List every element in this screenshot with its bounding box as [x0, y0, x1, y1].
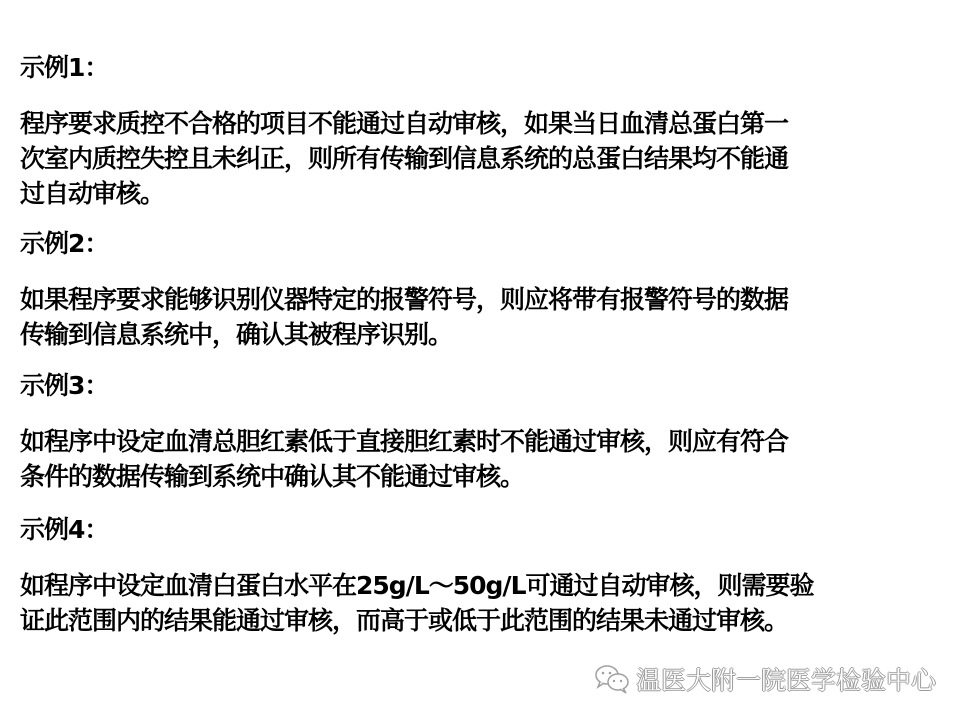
- example-1-heading: 示例1：: [20, 52, 108, 84]
- example-1-body: 程序要求质控不合格的项目不能通过自动审核，如果当日血清总蛋白第一 次室内质控失控…: [20, 106, 920, 211]
- wechat-icon: [594, 663, 630, 695]
- example-3-body: 如程序中设定血清总胆红素低于直接胆红素时不能通过审核，则应有符合 条件的数据传输…: [20, 424, 920, 494]
- example-1-line-1: 程序要求质控不合格的项目不能通过自动审核，如果当日血清总蛋白第一: [20, 106, 920, 141]
- watermark: 温医大附一院医学检验中心: [594, 661, 936, 697]
- document-page: 示例1： 程序要求质控不合格的项目不能通过自动审核，如果当日血清总蛋白第一 次室…: [0, 0, 960, 720]
- example-2-line-1: 如果程序要求能够识别仪器特定的报警符号，则应将带有报警符号的数据: [20, 282, 920, 317]
- example-1-line-2: 次室内质控失控且未纠正，则所有传输到信息系统的总蛋白结果均不能通: [20, 141, 920, 176]
- example-2-heading: 示例2：: [20, 228, 108, 260]
- example-1-line-3: 过自动审核。: [20, 176, 920, 211]
- example-4-heading: 示例4：: [20, 514, 108, 546]
- example-2-line-2: 传输到信息系统中，确认其被程序识别。: [20, 317, 920, 352]
- example-4-line-2: 证此范围内的结果能通过审核，而高于或低于此范围的结果未通过审核。: [20, 603, 920, 638]
- example-3-line-2: 条件的数据传输到系统中确认其不能通过审核。: [20, 459, 920, 494]
- example-3-heading: 示例3：: [20, 370, 108, 402]
- watermark-text: 温医大附一院医学检验中心: [636, 661, 936, 697]
- example-4-line-1: 如程序中设定血清白蛋白水平在25g/L～50g/L可通过自动审核，则需要验: [20, 568, 920, 603]
- example-3-line-1: 如程序中设定血清总胆红素低于直接胆红素时不能通过审核，则应有符合: [20, 424, 920, 459]
- example-4-body: 如程序中设定血清白蛋白水平在25g/L～50g/L可通过自动审核，则需要验 证此…: [20, 568, 920, 638]
- example-2-body: 如果程序要求能够识别仪器特定的报警符号，则应将带有报警符号的数据 传输到信息系统…: [20, 282, 920, 352]
